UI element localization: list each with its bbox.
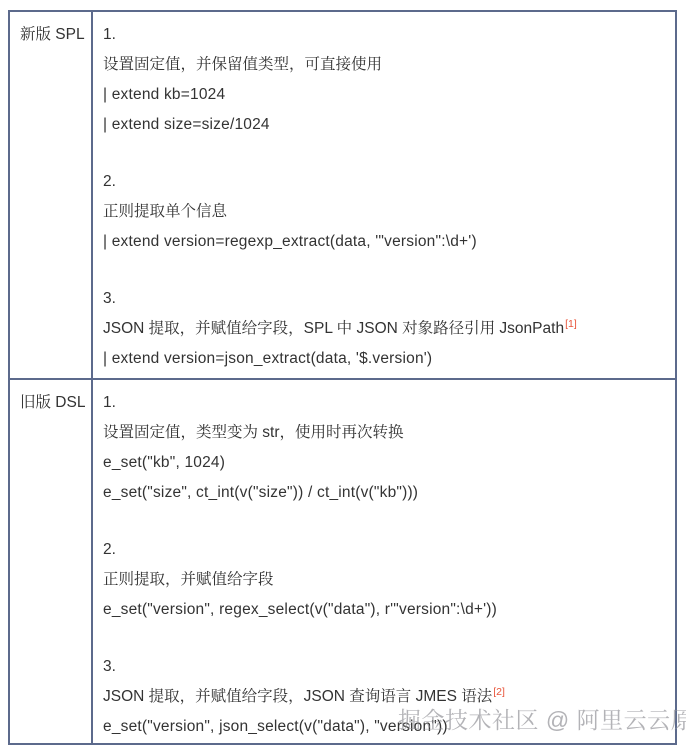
section-description: 正则提取单个信息 — [103, 197, 669, 227]
section-number: 1. — [103, 388, 669, 418]
description-text: JSON 提取，并赋值给字段，JSON 查询语言 JMES 语法 — [103, 688, 492, 705]
code-line: | extend version=json_extract(data, '$.v… — [103, 344, 669, 374]
footnote-ref-2: [2] — [493, 686, 505, 698]
section-2: 2. 正则提取，并赋值给字段 e_set("version", regex_se… — [103, 535, 669, 625]
section-3: 3. JSON 提取，并赋值给字段，SPL 中 JSON 对象路径引用 Json… — [103, 284, 669, 374]
row-header-old-dsl: 旧版 DSL — [10, 380, 93, 743]
footnote-ref-1: [1] — [565, 318, 577, 330]
code-line: e_set("size", ct_int(v("size")) / ct_int… — [103, 478, 669, 508]
code-line: | extend size=size/1024 — [103, 110, 669, 140]
section-number: 3. — [103, 284, 669, 314]
section-number: 2. — [103, 535, 669, 565]
section-number: 1. — [103, 20, 669, 50]
row-header-new-spl: 新版 SPL — [10, 12, 93, 378]
table-row-new-spl: 新版 SPL 1. 设置固定值，并保留值类型，可直接使用 | extend kb… — [10, 12, 675, 380]
description-text: JSON 提取，并赋值给字段，SPL 中 JSON 对象路径引用 JsonPat… — [103, 320, 564, 337]
section-3: 3. JSON 提取，并赋值给字段，JSON 查询语言 JMES 语法[2] e… — [103, 652, 669, 742]
section-description: JSON 提取，并赋值给字段，SPL 中 JSON 对象路径引用 JsonPat… — [103, 314, 669, 344]
row-content-new-spl: 1. 设置固定值，并保留值类型，可直接使用 | extend kb=1024 |… — [93, 12, 675, 378]
section-description: 正则提取，并赋值给字段 — [103, 565, 669, 595]
description-text: 设置固定值，并保留值类型，可直接使用 — [103, 56, 382, 73]
row-header-label: 旧版 DSL — [20, 394, 85, 411]
section-1: 1. 设置固定值，并保留值类型，可直接使用 | extend kb=1024 |… — [103, 20, 669, 140]
code-line: | extend kb=1024 — [103, 80, 669, 110]
row-content-old-dsl: 1. 设置固定值，类型变为 str，使用时再次转换 e_set("kb", 10… — [93, 380, 675, 743]
section-number: 2. — [103, 167, 669, 197]
section-number: 3. — [103, 652, 669, 682]
section-1: 1. 设置固定值，类型变为 str，使用时再次转换 e_set("kb", 10… — [103, 388, 669, 508]
code-line: e_set("version", regex_select(v("data"),… — [103, 595, 669, 625]
table-row-old-dsl: 旧版 DSL 1. 设置固定值，类型变为 str，使用时再次转换 e_set("… — [10, 380, 675, 743]
section-description: JSON 提取，并赋值给字段，JSON 查询语言 JMES 语法[2] — [103, 682, 669, 712]
section-description: 设置固定值，类型变为 str，使用时再次转换 — [103, 418, 669, 448]
section-description: 设置固定值，并保留值类型，可直接使用 — [103, 50, 669, 80]
row-header-label: 新版 SPL — [20, 26, 85, 43]
description-text: 正则提取单个信息 — [103, 203, 227, 220]
description-text: 正则提取，并赋值给字段 — [103, 571, 274, 588]
page: 新版 SPL 1. 设置固定值，并保留值类型，可直接使用 | extend kb… — [0, 0, 686, 756]
code-line: e_set("version", json_select(v("data"), … — [103, 712, 669, 742]
code-line: e_set("kb", 1024) — [103, 448, 669, 478]
description-text: 设置固定值，类型变为 str，使用时再次转换 — [103, 424, 404, 441]
spl-dsl-comparison-table: 新版 SPL 1. 设置固定值，并保留值类型，可直接使用 | extend kb… — [8, 10, 677, 745]
code-line: | extend version=regexp_extract(data, '"… — [103, 227, 669, 257]
section-2: 2. 正则提取单个信息 | extend version=regexp_extr… — [103, 167, 669, 257]
